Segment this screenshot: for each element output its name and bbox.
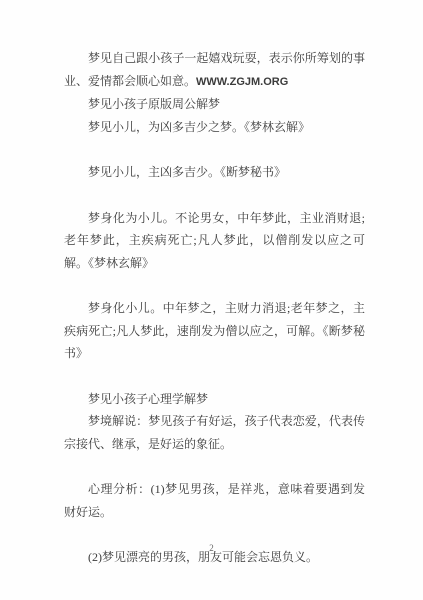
paragraph: 梦见自己跟小孩子一起嬉戏玩耍，表示你所筹划的事业、爱情都会顺心如意。WWW.ZG… — [64, 47, 365, 93]
paragraph: 梦境解说：梦见孩子有好运，孩子代表恋爱，代表传宗接代、继承，是好运的象征。 — [64, 410, 365, 455]
document-page: 梦见自己跟小孩子一起嬉戏玩耍，表示你所筹划的事业、爱情都会顺心如意。WWW.ZG… — [0, 0, 423, 600]
paragraph: 梦见小儿，主凶多吉少。《断梦秘书》 — [64, 161, 365, 184]
page-number: 2 — [0, 543, 423, 553]
paragraph: 梦身化小儿。中年梦之，主财力消退;老年梦之，主疾病死亡;凡人梦此，速削发为僧以应… — [64, 297, 365, 365]
paragraph: 梦身化为小儿。不论男女，中年梦此，主业消财退;老年梦此，主疾病死亡;凡人梦此，以… — [64, 207, 365, 275]
paragraph: 心理分析：(1)梦见男孩，是祥兆，意味着要遇到发财好运。 — [64, 478, 365, 523]
paragraph: 梦见小孩子原版周公解梦 — [64, 93, 365, 116]
paragraph: 梦见小儿，为凶多吉少之梦。《梦林玄解》 — [64, 116, 365, 139]
document-body: 梦见自己跟小孩子一起嬉戏玩耍，表示你所筹划的事业、爱情都会顺心如意。WWW.ZG… — [64, 47, 365, 569]
paragraph: 梦见小孩子心理学解梦 — [64, 388, 365, 411]
website-url: WWW.ZGJM.ORG — [196, 76, 288, 88]
